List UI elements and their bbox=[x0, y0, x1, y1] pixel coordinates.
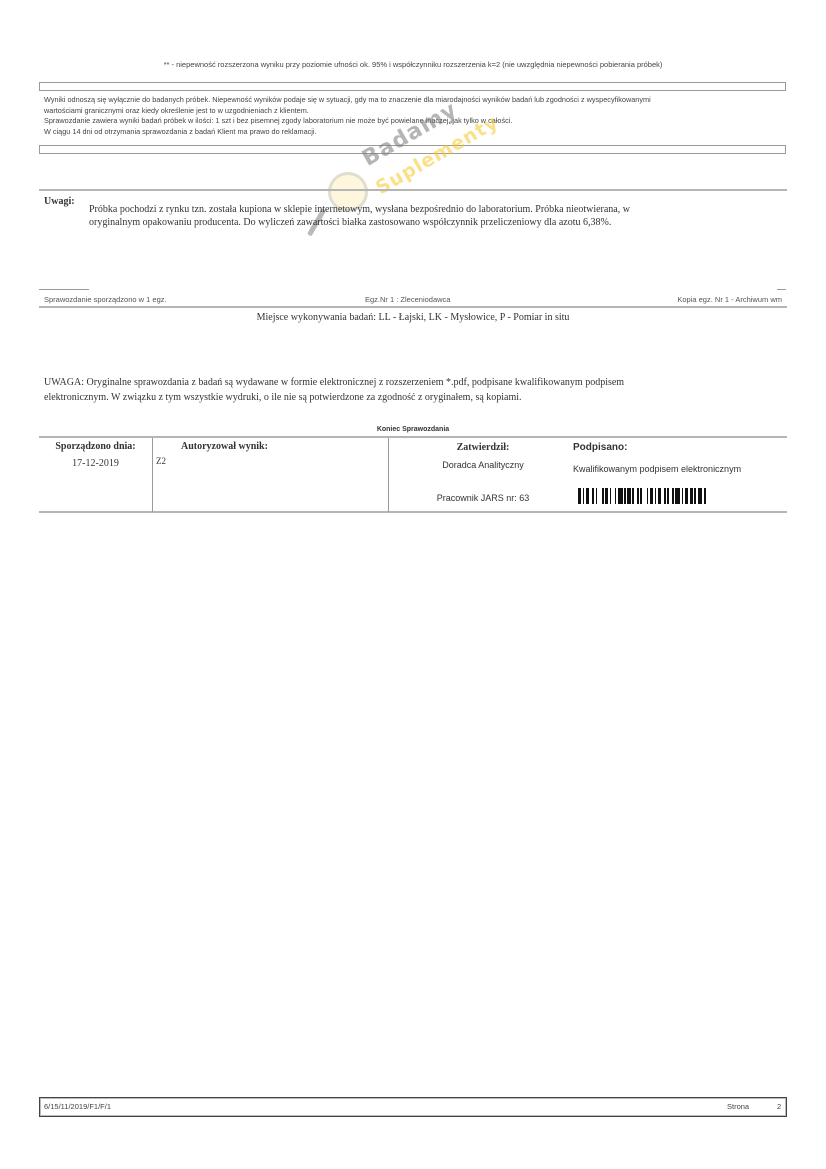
authorized-label: Autoryzował wynik: bbox=[181, 441, 268, 452]
testing-location: Miejsce wykonywania badań: LL - Łajski, … bbox=[0, 312, 826, 323]
remarks-line: Próbka pochodzi z rynku tzn. została kup… bbox=[89, 203, 689, 216]
remarks-line: oryginalnym opakowaniu producenta. Do wy… bbox=[89, 216, 689, 229]
copies-count: Sprawozdanie sporządzono w 1 egz. bbox=[44, 295, 167, 304]
remarks-label: Uwagi: bbox=[44, 196, 75, 207]
end-of-report: Koniec Sprawozdania bbox=[0, 426, 826, 433]
short-rule-left bbox=[39, 289, 89, 290]
signed-value: Kwalifikowanym podpisem elektronicznym bbox=[573, 464, 741, 474]
divider bbox=[39, 189, 787, 191]
approved-label: Zatwierdził: bbox=[420, 442, 546, 453]
authorized-value: Z2 bbox=[156, 456, 166, 466]
page-label: Strona bbox=[727, 1102, 749, 1111]
approved-role: Doradca Analityczny bbox=[420, 460, 546, 470]
remarks-text: Próbka pochodzi z rynku tzn. została kup… bbox=[89, 203, 689, 229]
copy-archive: Kopia egz. Nr 1 - Archiwum wm bbox=[677, 295, 782, 304]
note-line: W ciągu 14 dni od otrzymania sprawozdani… bbox=[44, 127, 784, 138]
signature-barcode bbox=[578, 488, 768, 504]
note-line: Wyniki odnoszą się wyłącznie do badanych… bbox=[44, 95, 784, 106]
prepared-label: Sporządzono dnia: bbox=[39, 441, 152, 452]
signed-label: Podpisano: bbox=[573, 442, 627, 453]
note-line: Sprawozdanie zawiera wyniki badań próbek… bbox=[44, 116, 784, 127]
divider bbox=[39, 306, 787, 308]
electronic-original-warning: UWAGA: Oryginalne sprawozdania z badań s… bbox=[44, 375, 704, 405]
document-code: 6/15/11/2019/F1/F/1 bbox=[44, 1102, 111, 1111]
report-notes: Wyniki odnoszą się wyłącznie do badanych… bbox=[44, 95, 784, 137]
column-separator bbox=[388, 438, 389, 512]
page-number: 2 bbox=[777, 1102, 781, 1111]
approved-employee: Pracownik JARS nr: 63 bbox=[420, 493, 546, 503]
page-footer bbox=[39, 1097, 787, 1117]
uncertainty-footnote: ** - niepewność rozszerzona wyniku przy … bbox=[0, 60, 826, 69]
warning-line: elektronicznym. W związku z tym wszystki… bbox=[44, 390, 704, 405]
prepared-date: 17-12-2019 bbox=[39, 458, 152, 469]
notes-top-bar bbox=[39, 82, 786, 91]
notes-bottom-bar bbox=[39, 145, 786, 154]
short-rule-right bbox=[777, 289, 786, 290]
copy-recipient: Egz.Nr 1 : Zleceniodawca bbox=[365, 295, 450, 304]
column-separator bbox=[152, 438, 153, 512]
note-line: wartościami granicznymi oraz kiedy okreś… bbox=[44, 106, 784, 117]
warning-line: UWAGA: Oryginalne sprawozdania z badań s… bbox=[44, 375, 704, 390]
